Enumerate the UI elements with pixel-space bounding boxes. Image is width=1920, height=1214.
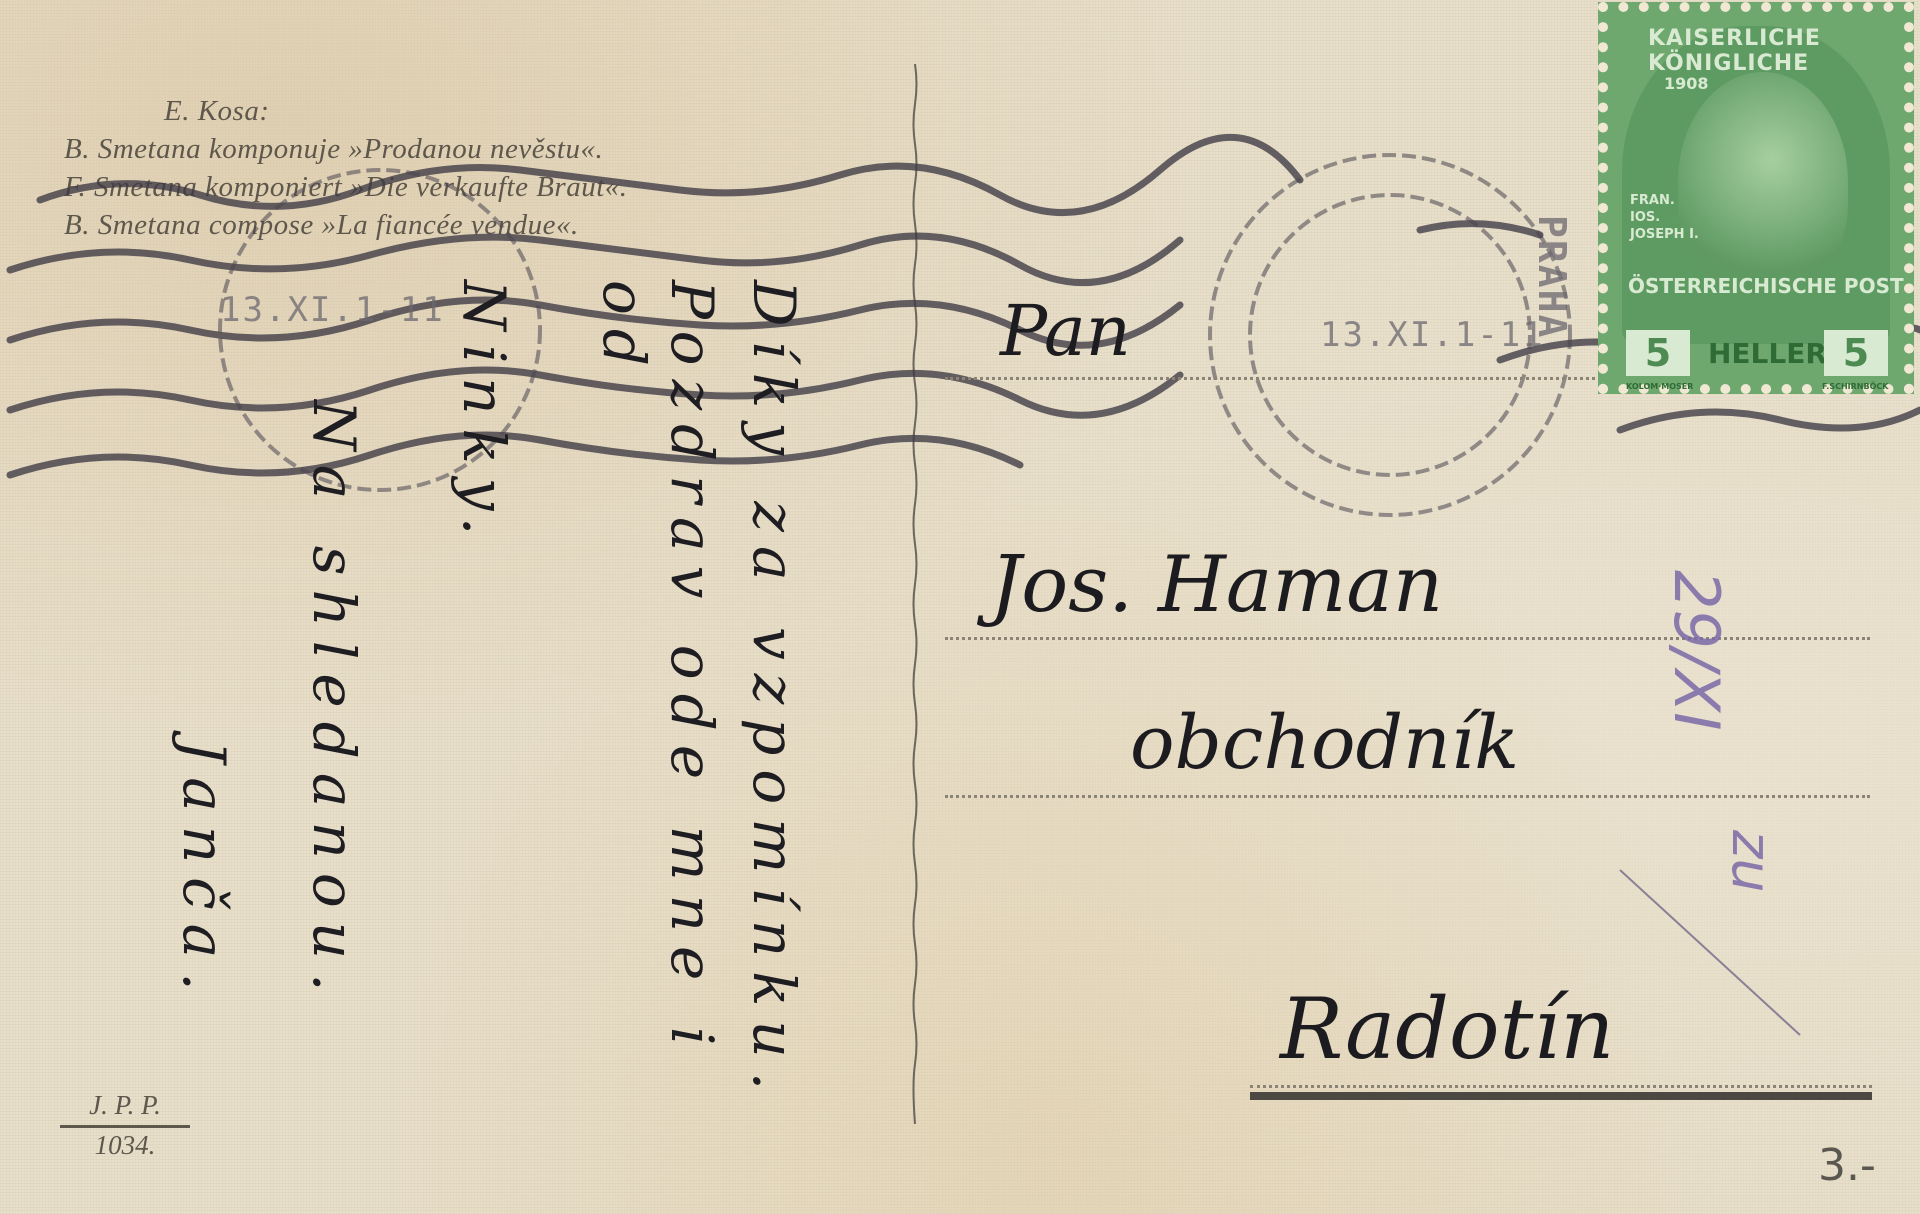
pencil-diagonal-stroke <box>1610 860 1810 1040</box>
emperor-portrait-icon <box>1678 72 1848 292</box>
stamp-bottom-text: ÖSTERREICHISCHE POST <box>1628 274 1904 298</box>
stamp-designer-right: F.SCHIRNBÖCK <box>1822 382 1888 391</box>
address-line-4 <box>1250 1085 1872 1088</box>
caption-author: E. Kosa: <box>64 92 628 130</box>
stamp-value-left: 5 <box>1626 330 1690 376</box>
address-line-3 <box>945 795 1870 798</box>
address-town: Radotín <box>1280 980 1614 1078</box>
handwritten-message: Díky za vzpomínku. Pozdrav ode mne i od … <box>180 260 880 1140</box>
pencil-date-note: 29/XI <box>1660 570 1733 731</box>
publisher-rule <box>60 1125 190 1128</box>
stamp-top-text: KAISERLICHE KÖNIGLICHE <box>1648 26 1904 76</box>
stamp-designer-left: KOLOM·MOSER <box>1626 382 1693 391</box>
message-line-1: Díky za vzpomínku. <box>740 280 808 1104</box>
stamp-currency: HELLER <box>1708 337 1827 370</box>
caption-line-german: F. Smetana komponiert »Die verkaufte Bra… <box>64 168 628 206</box>
message-line-2: Pozdrav ode mne i od <box>590 280 726 1140</box>
message-signature: Janča. <box>170 740 238 1005</box>
stamp-value-right: 5 <box>1824 330 1888 376</box>
corner-price-number: 3.- <box>1818 1140 1876 1191</box>
postage-stamp: KAISERLICHE KÖNIGLICHE 1908 FRAN. IOS. J… <box>1598 2 1914 394</box>
stamp-year: 1908 <box>1664 74 1709 93</box>
postcard-back: E. Kosa: B. Smetana komponuje »Prodanou … <box>0 0 1920 1214</box>
address-heavy-rule <box>1250 1092 1872 1100</box>
publisher-number: 1034. <box>60 1130 190 1161</box>
publisher-mark: J. P. P. 1034. <box>60 1090 190 1161</box>
caption-line-french: B. Smetana compose »La fiancée vendue«. <box>64 206 628 244</box>
stamp-portrait-label: FRAN. IOS. JOSEPH I. <box>1630 192 1700 243</box>
message-line-3: Ninky. <box>450 280 518 549</box>
message-line-4: Na shledanou. <box>300 400 368 1006</box>
center-divider-line <box>910 64 920 1124</box>
right-postmark-date: 13.XI.1-11 <box>1320 315 1545 355</box>
address-name: Jos. Haman <box>990 540 1443 630</box>
printed-caption: E. Kosa: B. Smetana komponuje »Prodanou … <box>64 92 628 244</box>
publisher-initials: J. P. P. <box>60 1090 190 1121</box>
caption-line-czech: B. Smetana komponuje »Prodanou nevěstu«. <box>64 130 628 168</box>
address-salutation: Pan <box>1000 290 1131 372</box>
address-occupation: obchodník <box>1130 700 1519 786</box>
postmark-city: PRAHA <box>1530 215 1574 339</box>
